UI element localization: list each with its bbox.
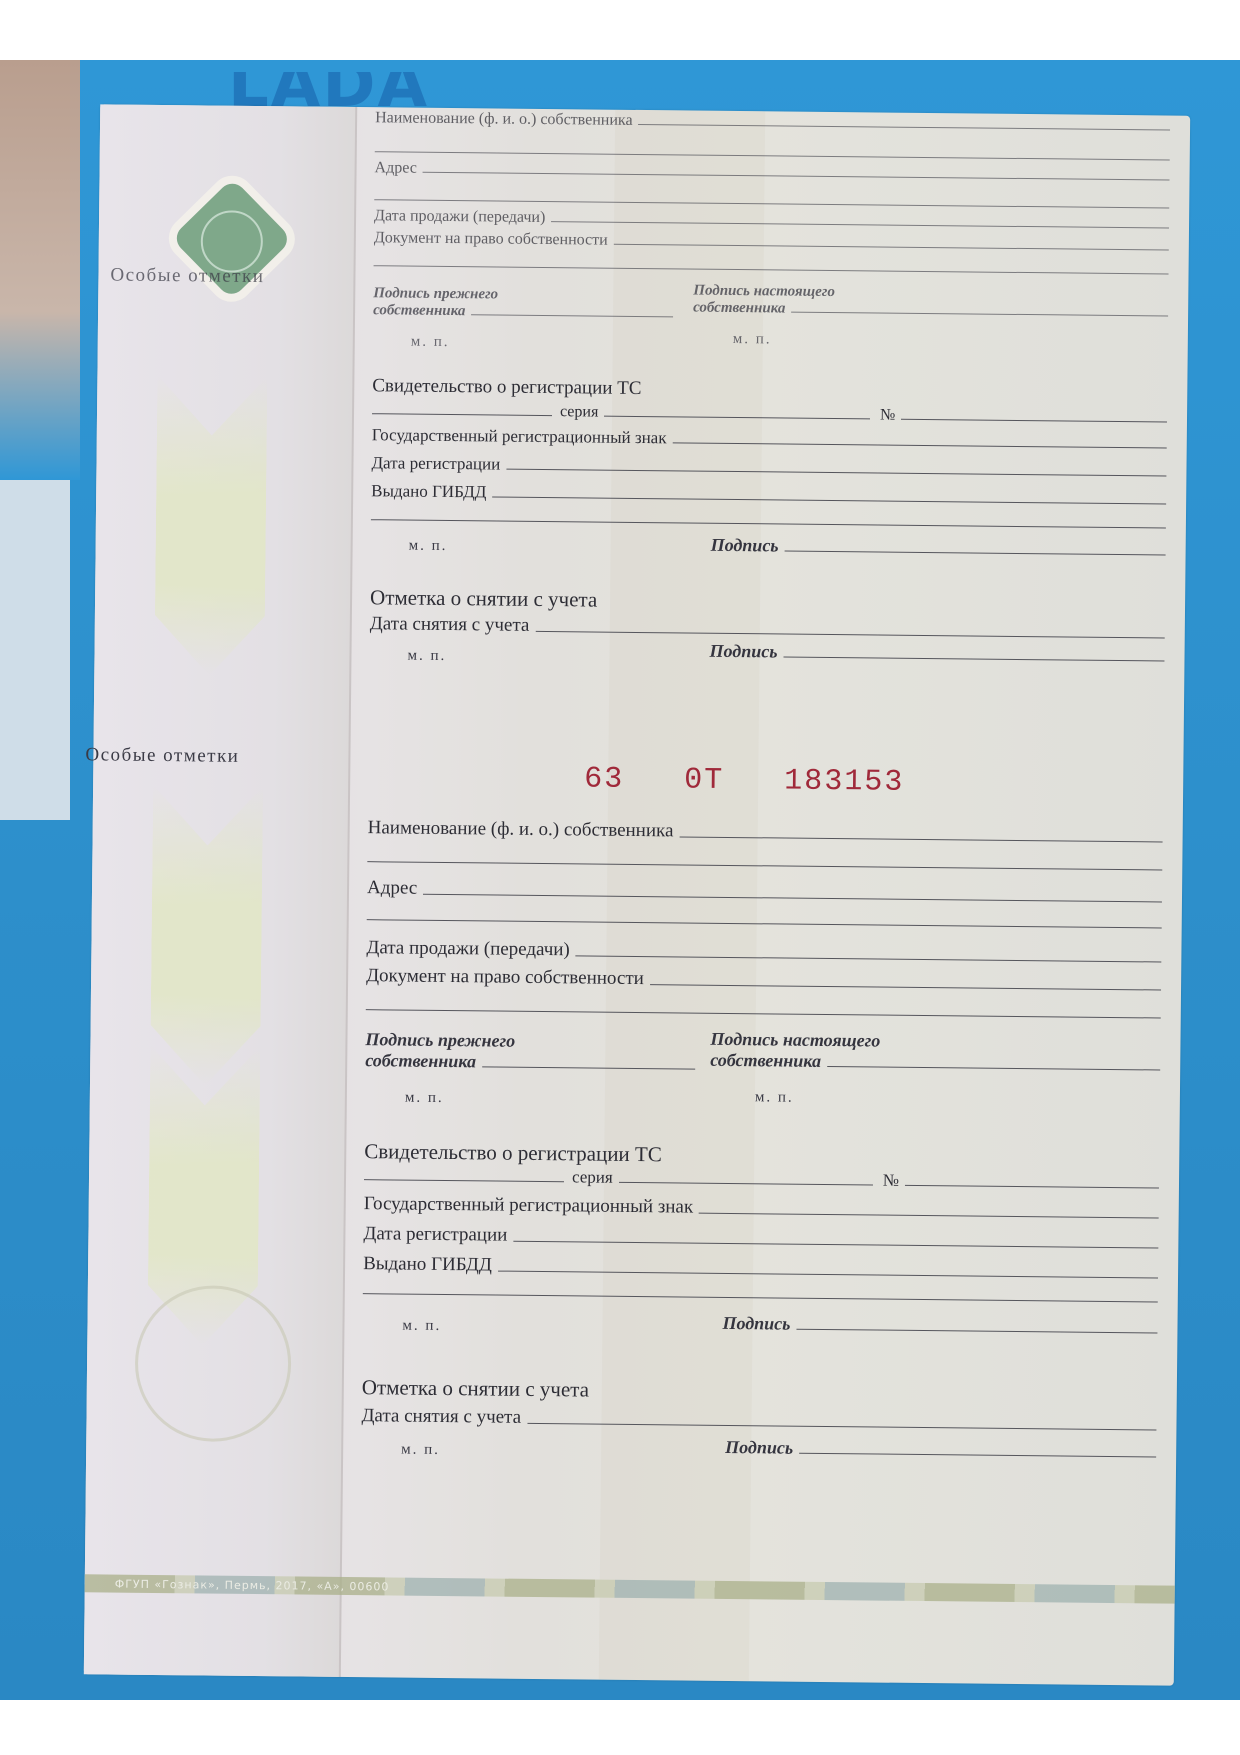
- stamp-place-label: м. п.: [402, 1318, 441, 1335]
- watermark-seal-icon: [134, 1285, 292, 1443]
- stamp-place-label: м. п.: [411, 334, 450, 351]
- vehicle-passport-page: Особые отметки Особые отметки Наименован…: [84, 104, 1190, 1685]
- ownership-document-field[interactable]: Документ на право собственности: [366, 965, 1161, 995]
- address-field[interactable]: Адрес: [367, 877, 1162, 907]
- registration-date-field[interactable]: Дата регистрации: [371, 453, 1166, 481]
- special-notes-label: Особые отметки: [110, 264, 264, 288]
- serial-region: 63: [584, 762, 624, 796]
- serial-number: 183153: [784, 765, 904, 800]
- issued-by-field[interactable]: Выдано ГИБДД: [371, 481, 1166, 509]
- issued-by-field[interactable]: Выдано ГИБДД: [363, 1253, 1158, 1283]
- previous-owner-signature[interactable]: Подпись прежнего собственника: [365, 1029, 695, 1074]
- registration-date-field[interactable]: Дата регистрации: [363, 1223, 1158, 1253]
- serial-series: 0Т: [684, 763, 724, 797]
- stamp-place-label: м. п.: [409, 538, 448, 555]
- desk-surface: [0, 60, 80, 480]
- deregistration-date-field[interactable]: Дата снятия с учета: [370, 613, 1165, 643]
- stamp-place-label: м. п.: [407, 648, 446, 665]
- stamp-place-label: м. п.: [401, 1442, 440, 1459]
- rule-line: [366, 1009, 1161, 1018]
- rule-line: [374, 265, 1169, 274]
- rule-line: [375, 151, 1170, 160]
- owner-name-field[interactable]: Наименование (ф. и. о.) собственника: [368, 817, 1163, 847]
- address-field[interactable]: Адрес: [375, 159, 1170, 185]
- deregistration-signature-field[interactable]: Подпись: [725, 1437, 1156, 1463]
- rule-line: [367, 919, 1162, 928]
- plate-number-field[interactable]: Государственный регистрационный знак: [372, 425, 1167, 453]
- rule-line: [374, 199, 1169, 208]
- previous-owner-signature[interactable]: Подпись прежнего собственника: [373, 285, 673, 322]
- special-notes-label: Особые отметки: [85, 744, 239, 768]
- rule-line: [363, 1293, 1158, 1302]
- current-owner-signature[interactable]: Подпись настоящего собственника: [693, 283, 1168, 322]
- registration-certificate-heading: Свидетельство о регистрации ТС: [364, 1139, 662, 1167]
- printer-imprint: ФГУП «Гознак», Пермь, 2017, «А», 00600: [85, 1577, 390, 1593]
- stamp-place-label: м. п.: [405, 1090, 444, 1107]
- certificate-series-number-field[interactable]: серия №: [372, 401, 1167, 427]
- document-serial-number: 63 0Т 183153: [584, 762, 904, 799]
- registration-signature-field[interactable]: Подпись: [711, 535, 1166, 561]
- current-owner-signature[interactable]: Подпись настоящего собственника: [710, 1029, 1160, 1076]
- deregistration-signature-field[interactable]: Подпись: [709, 641, 1164, 667]
- rule-line: [371, 519, 1166, 528]
- registration-certificate-heading: Свидетельство о регистрации ТС: [372, 375, 641, 400]
- deregistration-heading: Отметка о снятии с учета: [362, 1375, 589, 1402]
- stamp-place-label: м. п.: [755, 1089, 794, 1106]
- deregistration-date-field[interactable]: Дата снятия с учета: [361, 1405, 1156, 1435]
- deregistration-heading: Отметка о снятии с учета: [370, 585, 597, 612]
- stamp-place-label: м. п.: [733, 331, 772, 348]
- plate-number-field[interactable]: Государственный регистрационный знак: [364, 1193, 1159, 1223]
- sale-date-field[interactable]: Дата продажи (передачи): [366, 937, 1161, 967]
- ownership-document-field[interactable]: Документ на право собственности: [374, 229, 1169, 255]
- folder-edge: [0, 480, 70, 820]
- registration-signature-field[interactable]: Подпись: [722, 1313, 1157, 1339]
- certificate-series-number-field[interactable]: серия №: [364, 1165, 1159, 1193]
- rule-line: [367, 861, 1162, 870]
